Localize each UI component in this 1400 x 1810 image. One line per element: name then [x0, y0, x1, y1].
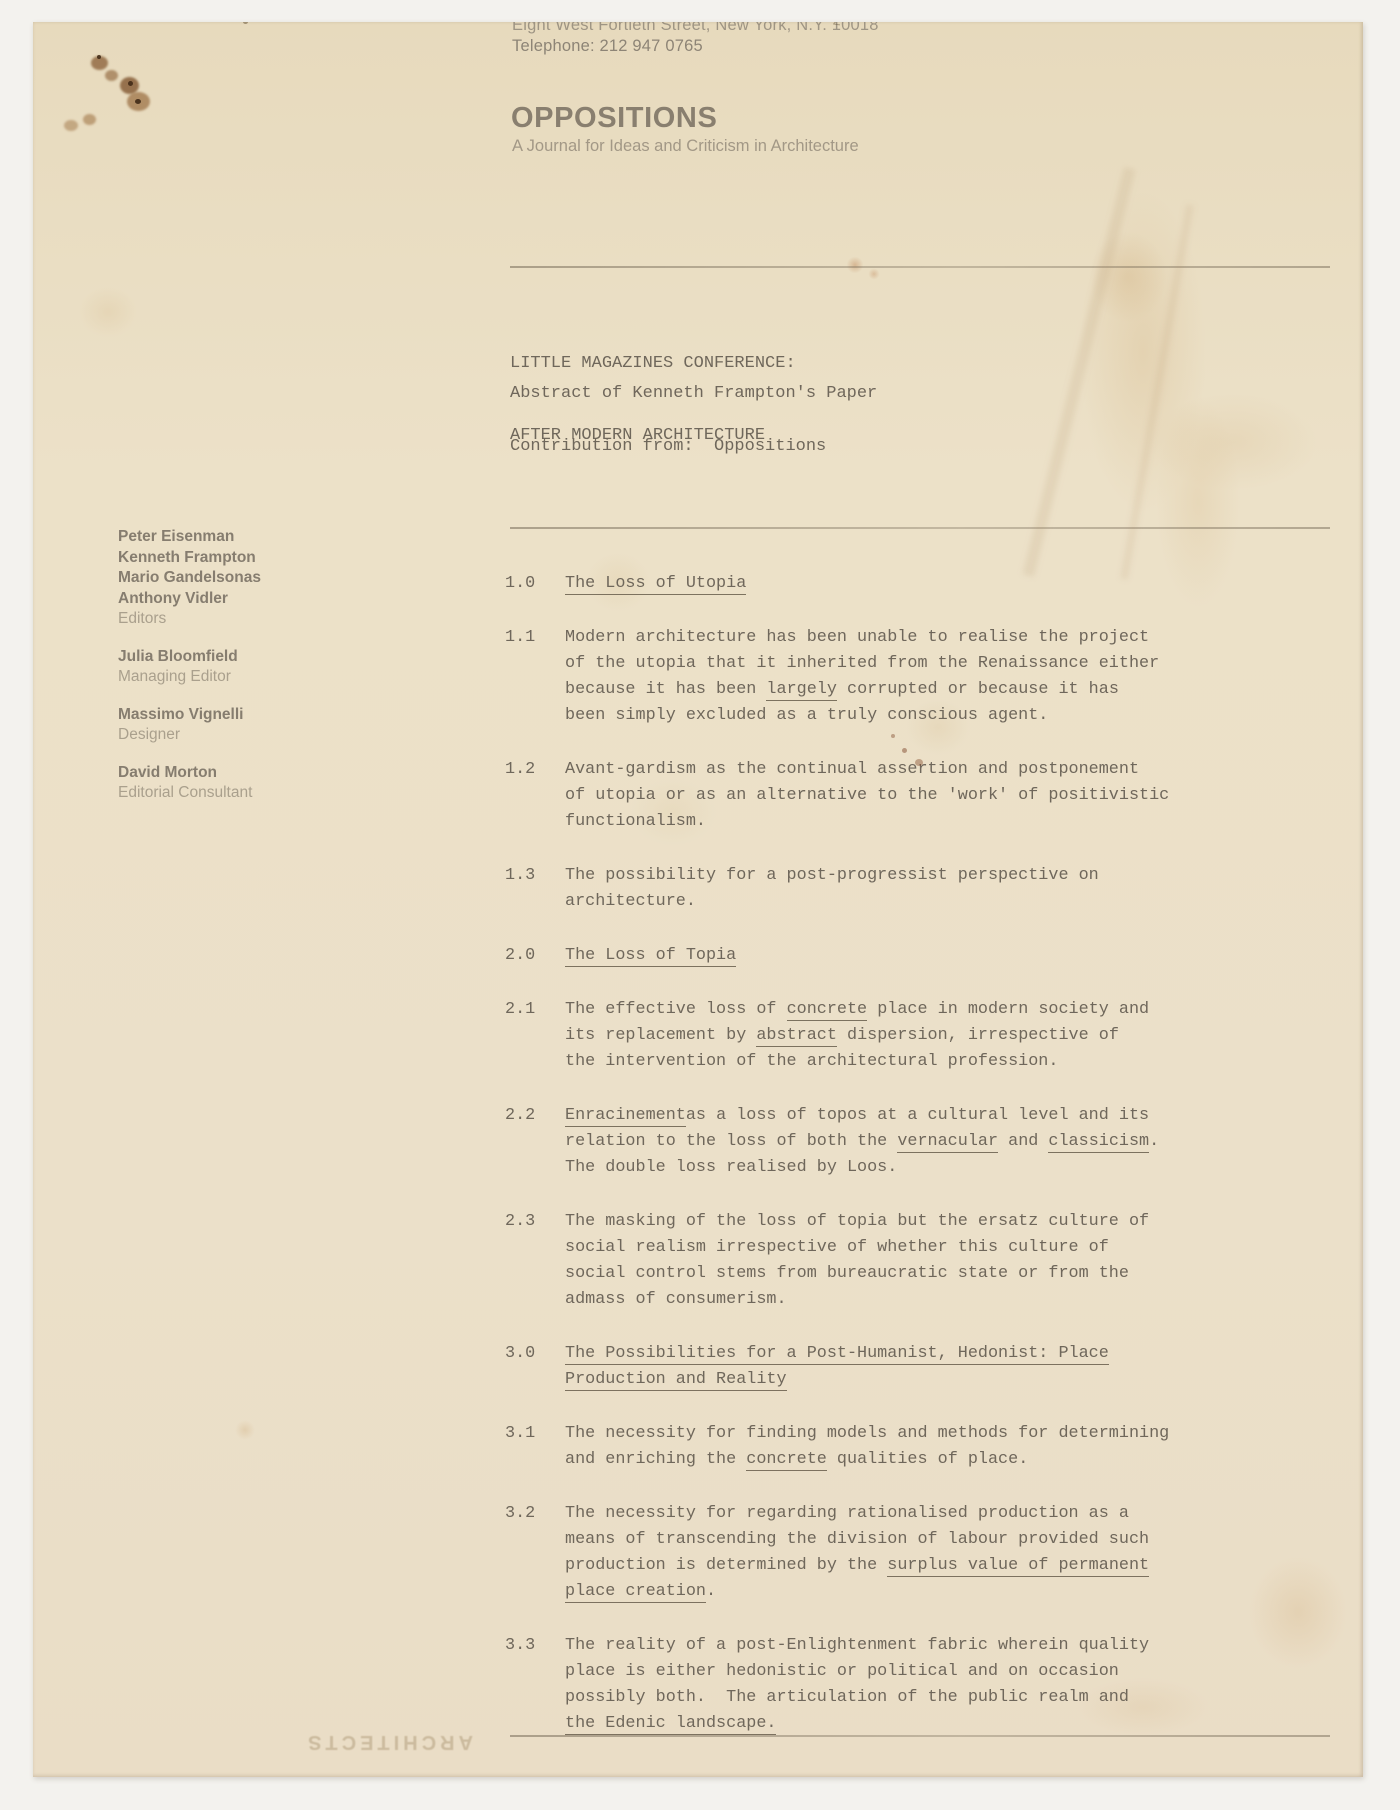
architects-stamp-bleedthrough: ARCHITECTS	[283, 1730, 473, 1753]
section-line: social realism irrespective of whether t…	[565, 1235, 1241, 1261]
section-line: The effective loss of concrete place in …	[565, 997, 1241, 1023]
section-text: The Loss of Topia	[565, 943, 1241, 969]
section-line: of utopia or as an alternative to the 'w…	[565, 783, 1241, 809]
section-heading-row: 2.0The Loss of Topia	[505, 943, 1241, 969]
ink-speck	[902, 748, 907, 753]
section-text: The necessity for regarding rationalised…	[565, 1501, 1241, 1605]
section-line: because it has been largely corrupted or…	[565, 677, 1241, 703]
section-line: functionalism.	[565, 809, 1241, 835]
plain-text: Avant-gardism as the continual assertion…	[565, 760, 1139, 779]
section-row: 3.2The necessity for regarding rationali…	[505, 1501, 1241, 1605]
plain-text: The double loss realised by Loos.	[565, 1158, 897, 1177]
plain-text: of the utopia that it inherited from the…	[565, 654, 1159, 673]
section-row: 2.3The masking of the loss of topia but …	[505, 1209, 1241, 1313]
plain-text: dispersion, irrespective of	[837, 1026, 1119, 1045]
plain-text: .	[706, 1582, 716, 1601]
section-line: the Edenic landscape.	[565, 1711, 1241, 1737]
underlined-text: Production and Reality	[565, 1370, 787, 1391]
plain-text: and enriching the	[565, 1450, 746, 1469]
letterhead-address-line: Eight West Fortieth Street, New York, N.…	[512, 22, 879, 36]
underlined-text: largely	[766, 680, 837, 701]
masthead-name: Kenneth Frampton	[118, 548, 438, 569]
section-line: place creation.	[565, 1579, 1241, 1605]
plain-text: place in modern society and	[867, 1000, 1149, 1019]
plain-text: The possibility for a post-progressist p…	[565, 866, 1099, 885]
masthead-role: Editors	[118, 609, 438, 630]
section-line: The double loss realised by Loos.	[565, 1155, 1241, 1181]
section-line: Modern architecture has been unable to r…	[565, 625, 1241, 651]
plain-text: admass of consumerism.	[565, 1290, 787, 1309]
plain-text: Modern architecture has been unable to r…	[565, 628, 1149, 647]
section-line: Avant-gardism as the continual assertion…	[565, 757, 1241, 783]
letterhead-phone-line: Telephone: 212 947 0765	[512, 36, 879, 57]
section-number: 1.2	[505, 757, 565, 835]
section-line: place is either hedonistic or political …	[565, 1659, 1241, 1685]
underlined-text: concrete	[787, 1000, 868, 1021]
plain-text: The necessity for regarding rationalised…	[565, 1504, 1129, 1523]
section-number: 3.1	[505, 1421, 565, 1473]
ink-speck	[243, 22, 248, 24]
plain-text: its replacement by	[565, 1026, 756, 1045]
section-line: Production and Reality	[565, 1367, 1241, 1393]
section-number: 2.1	[505, 997, 565, 1075]
section-line: The necessity for regarding rationalised…	[565, 1501, 1241, 1527]
plain-text: qualities of place.	[827, 1450, 1028, 1469]
ink-speck	[915, 759, 923, 766]
plain-text: production is determined by the	[565, 1556, 887, 1575]
section-line: production is determined by the surplus …	[565, 1553, 1241, 1579]
section-row: 3.1The necessity for finding models and …	[505, 1421, 1241, 1473]
scanned-document-page: Eight West Fortieth Street, New York, N.…	[33, 22, 1363, 1777]
section-line: The Possibilities for a Post-Humanist, H…	[565, 1341, 1241, 1367]
plain-text: place is either hedonistic or political …	[565, 1662, 1119, 1681]
oppositions-logo: OPPOSITIONS	[511, 102, 717, 135]
plain-text: The masking of the loss of topia but the…	[565, 1212, 1149, 1231]
masthead-name: Massimo Vignelli	[118, 705, 438, 726]
underlined-text: the Edenic landscape.	[565, 1714, 776, 1735]
plain-text: The reality of a post-Enlightenment fabr…	[565, 1636, 1149, 1655]
underlined-text: abstract	[756, 1026, 837, 1047]
section-text: The Possibilities for a Post-Humanist, H…	[565, 1341, 1241, 1393]
letterhead-address-block: Eight West Fortieth Street, New York, N.…	[512, 22, 879, 57]
plain-text: architecture.	[565, 892, 696, 911]
underlined-text: place creation	[565, 1582, 706, 1603]
masthead-group: David MortonEditorial Consultant	[118, 763, 438, 804]
masthead-name: David Morton	[118, 763, 438, 784]
underlined-text: surplus value of permanent	[887, 1556, 1149, 1577]
masthead-group: Julia BloomfieldManaging Editor	[118, 647, 438, 688]
plain-text: as a loss of topos at a cultural level a…	[686, 1106, 1149, 1125]
masthead: Peter EisenmanKenneth FramptonMario Gand…	[118, 527, 438, 821]
section-line: relation to the loss of both the vernacu…	[565, 1129, 1241, 1155]
oppositions-tagline: A Journal for Ideas and Criticism in Arc…	[512, 137, 859, 156]
stain	[1120, 204, 1194, 580]
section-row: 1.2Avant-gardism as the continual assert…	[505, 757, 1241, 835]
underlined-text: The Loss of Topia	[565, 946, 736, 967]
section-line: and enriching the concrete qualities of …	[565, 1447, 1241, 1473]
divider-bottom	[510, 1735, 1330, 1737]
ink-speck	[97, 55, 101, 59]
section-line: its replacement by abstract dispersion, …	[565, 1023, 1241, 1049]
fox-spot	[64, 120, 78, 131]
masthead-group: Massimo VignelliDesigner	[118, 705, 438, 746]
section-number: 2.2	[505, 1103, 565, 1181]
masthead-name: Mario Gandelsonas	[118, 568, 438, 589]
plain-text: because it has been	[565, 680, 766, 699]
section-line: The reality of a post-Enlightenment fabr…	[565, 1633, 1241, 1659]
plain-text: social realism irrespective of whether t…	[565, 1238, 1109, 1257]
plain-text: .	[1149, 1132, 1159, 1151]
section-number: 1.3	[505, 863, 565, 915]
plain-text: possibly both. The articulation of the p…	[565, 1688, 1129, 1707]
document-body: 1.0The Loss of Utopia1.1Modern architect…	[505, 571, 1241, 1765]
section-line: The Loss of Topia	[565, 943, 1241, 969]
section-text: The effective loss of concrete place in …	[565, 997, 1241, 1075]
section-line: social control stems from bureaucratic s…	[565, 1261, 1241, 1287]
plain-text: The necessity for finding models and met…	[565, 1424, 1169, 1443]
masthead-role: Managing Editor	[118, 667, 438, 688]
section-line: means of transcending the division of la…	[565, 1527, 1241, 1553]
divider-top	[510, 266, 1330, 268]
masthead-name: Anthony Vidler	[118, 589, 438, 610]
section-number: 3.2	[505, 1501, 565, 1605]
section-number: 2.3	[505, 1209, 565, 1313]
masthead-name: Peter Eisenman	[118, 527, 438, 548]
section-line: The Loss of Utopia	[565, 571, 1241, 597]
abstract-line: Abstract of Kenneth Frampton's Paper	[510, 384, 877, 403]
ink-speck	[891, 734, 895, 738]
plain-text: corrupted or because it has	[837, 680, 1119, 699]
section-row: 1.1Modern architecture has been unable t…	[505, 625, 1241, 729]
plain-text: the intervention of the architectural pr…	[565, 1052, 1058, 1071]
section-number: 3.3	[505, 1633, 565, 1737]
underlined-text: classicism	[1048, 1132, 1149, 1153]
section-number: 2.0	[505, 943, 565, 969]
section-heading-row: 3.0The Possibilities for a Post-Humanist…	[505, 1341, 1241, 1393]
section-row: 1.3The possibility for a post-progressis…	[505, 863, 1241, 915]
section-line: been simply excluded as a truly consciou…	[565, 703, 1241, 729]
fox-spot	[105, 70, 118, 81]
section-line: The masking of the loss of topia but the…	[565, 1209, 1241, 1235]
section-line: architecture.	[565, 889, 1241, 915]
section-line: The possibility for a post-progressist p…	[565, 863, 1241, 889]
section-row: 2.1The effective loss of concrete place …	[505, 997, 1241, 1075]
section-row: 2.2Enracinementas a loss of topos at a c…	[505, 1103, 1241, 1181]
underlined-text: Enracinement	[565, 1106, 686, 1127]
section-line: Enracinementas a loss of topos at a cult…	[565, 1103, 1241, 1129]
section-number: 1.0	[505, 571, 565, 597]
underlined-text: concrete	[746, 1450, 827, 1471]
section-line: of the utopia that it inherited from the…	[565, 651, 1241, 677]
masthead-role: Designer	[118, 725, 438, 746]
section-row: 3.3The reality of a post-Enlightenment f…	[505, 1633, 1241, 1737]
section-number: 1.1	[505, 625, 565, 729]
contribution-line: Contribution from: Oppositions	[510, 437, 826, 456]
plain-text: functionalism.	[565, 812, 706, 831]
section-line: the intervention of the architectural pr…	[565, 1049, 1241, 1075]
ink-speck	[128, 81, 133, 86]
section-line: admass of consumerism.	[565, 1287, 1241, 1313]
section-line: possibly both. The articulation of the p…	[565, 1685, 1241, 1711]
conference-title-line-1: LITTLE MAGAZINES CONFERENCE:	[510, 352, 796, 376]
section-text: Avant-gardism as the continual assertion…	[565, 757, 1241, 835]
underlined-text: The Loss of Utopia	[565, 574, 746, 595]
ink-speck	[135, 99, 141, 104]
plain-text: social control stems from bureaucratic s…	[565, 1264, 1129, 1283]
section-text: The masking of the loss of topia but the…	[565, 1209, 1241, 1313]
section-text: The possibility for a post-progressist p…	[565, 863, 1241, 915]
section-text: Enracinementas a loss of topos at a cult…	[565, 1103, 1241, 1181]
section-text: The Loss of Utopia	[565, 571, 1241, 597]
plain-text: of utopia or as an alternative to the 'w…	[565, 786, 1169, 805]
section-text: The necessity for finding models and met…	[565, 1421, 1241, 1473]
plain-text: relation to the loss of both the	[565, 1132, 897, 1151]
underlined-text: vernacular	[897, 1132, 998, 1153]
plain-text: and	[998, 1132, 1048, 1151]
masthead-role: Editorial Consultant	[118, 783, 438, 804]
section-number: 3.0	[505, 1341, 565, 1393]
plain-text: been simply excluded as a truly consciou…	[565, 706, 1048, 725]
section-heading-row: 1.0The Loss of Utopia	[505, 571, 1241, 597]
underlined-text: The Possibilities for a Post-Humanist, H…	[565, 1344, 1109, 1365]
masthead-group: Peter EisenmanKenneth FramptonMario Gand…	[118, 527, 438, 630]
plain-text: The effective loss of	[565, 1000, 787, 1019]
section-text: Modern architecture has been unable to r…	[565, 625, 1241, 729]
masthead-name: Julia Bloomfield	[118, 647, 438, 668]
plain-text: means of transcending the division of la…	[565, 1530, 1149, 1549]
stain	[1022, 167, 1135, 577]
divider-middle	[510, 527, 1330, 529]
fox-spot	[83, 114, 96, 125]
section-line: The necessity for finding models and met…	[565, 1421, 1241, 1447]
section-text: The reality of a post-Enlightenment fabr…	[565, 1633, 1241, 1737]
